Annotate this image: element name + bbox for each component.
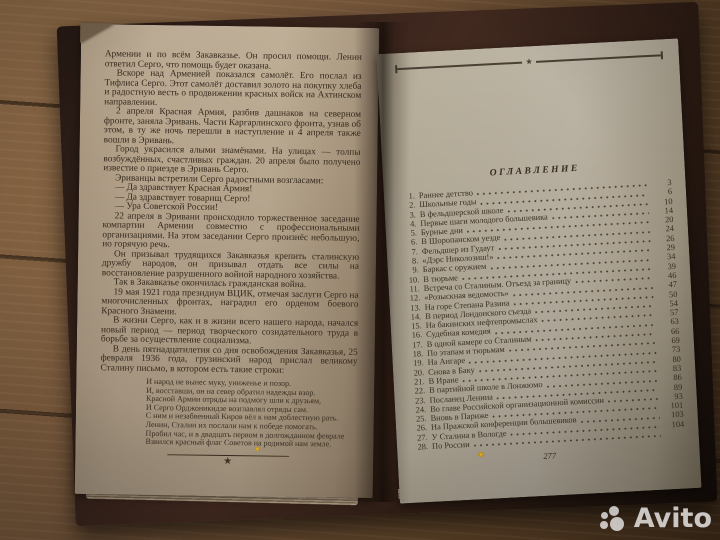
avito-watermark: Avito xyxy=(600,503,712,534)
gold-speck xyxy=(478,452,484,457)
paragraph: Вскоре над Арменией показался самолёт. Е… xyxy=(104,69,362,111)
toc-list: 1. Раннее детство 3 2. Школьные годы 6 3… xyxy=(400,178,685,452)
paragraph: В день пятнадцатилетия со дня освобожден… xyxy=(100,345,357,377)
toc-entry-page xyxy=(665,438,685,439)
left-page: Армении и по всём Закавказье. Он просил … xyxy=(75,24,380,498)
paragraph: 22 апреля в Эривани происходило торжеств… xyxy=(102,212,360,254)
gold-speck xyxy=(255,447,260,451)
watermark-label: Avito xyxy=(634,503,712,534)
chapter-end-ornament: ★ xyxy=(99,453,356,468)
bent-page-corner xyxy=(80,23,114,43)
left-page-text: Армении и по всём Закавказье. Он просил … xyxy=(75,24,379,468)
toc-entry-number: 28. xyxy=(413,442,428,452)
paragraph: В жизни Серго, как и в жизни всего нашег… xyxy=(101,316,358,348)
book-photo-scene: Армении и по всём Закавказье. Он просил … xyxy=(0,0,720,540)
right-page-content: ★ ОГЛАВЛЕНИЕ 1. Раннее детство 3 2. Школ… xyxy=(376,38,699,469)
paragraph: 2 апреля Красная Армия, разбив дашнаков … xyxy=(104,107,362,149)
avito-logo-icon xyxy=(600,506,627,532)
star-icon: ★ xyxy=(525,58,533,66)
toc-entry-page: 104 xyxy=(664,419,684,429)
paragraph: Город украсился алыми знамёнами. На улиц… xyxy=(103,145,360,177)
poem-line: Взвился красный флаг Советов на родимой … xyxy=(145,438,356,450)
poem-block: И народ не вынес муку, униженье и позор.… xyxy=(145,378,357,450)
right-page: ★ ОГЛАВЛЕНИЕ 1. Раннее детство 3 2. Школ… xyxy=(376,38,701,503)
rule-line xyxy=(397,62,522,70)
toc-entry-title: По России xyxy=(432,440,470,451)
star-icon: ★ xyxy=(223,457,232,466)
body-paragraphs: Армении и по всём Закавказье. Он просил … xyxy=(100,50,361,377)
rule-end-cap xyxy=(661,51,663,59)
rule-line xyxy=(536,54,661,62)
header-ornament-rule: ★ xyxy=(395,51,663,73)
